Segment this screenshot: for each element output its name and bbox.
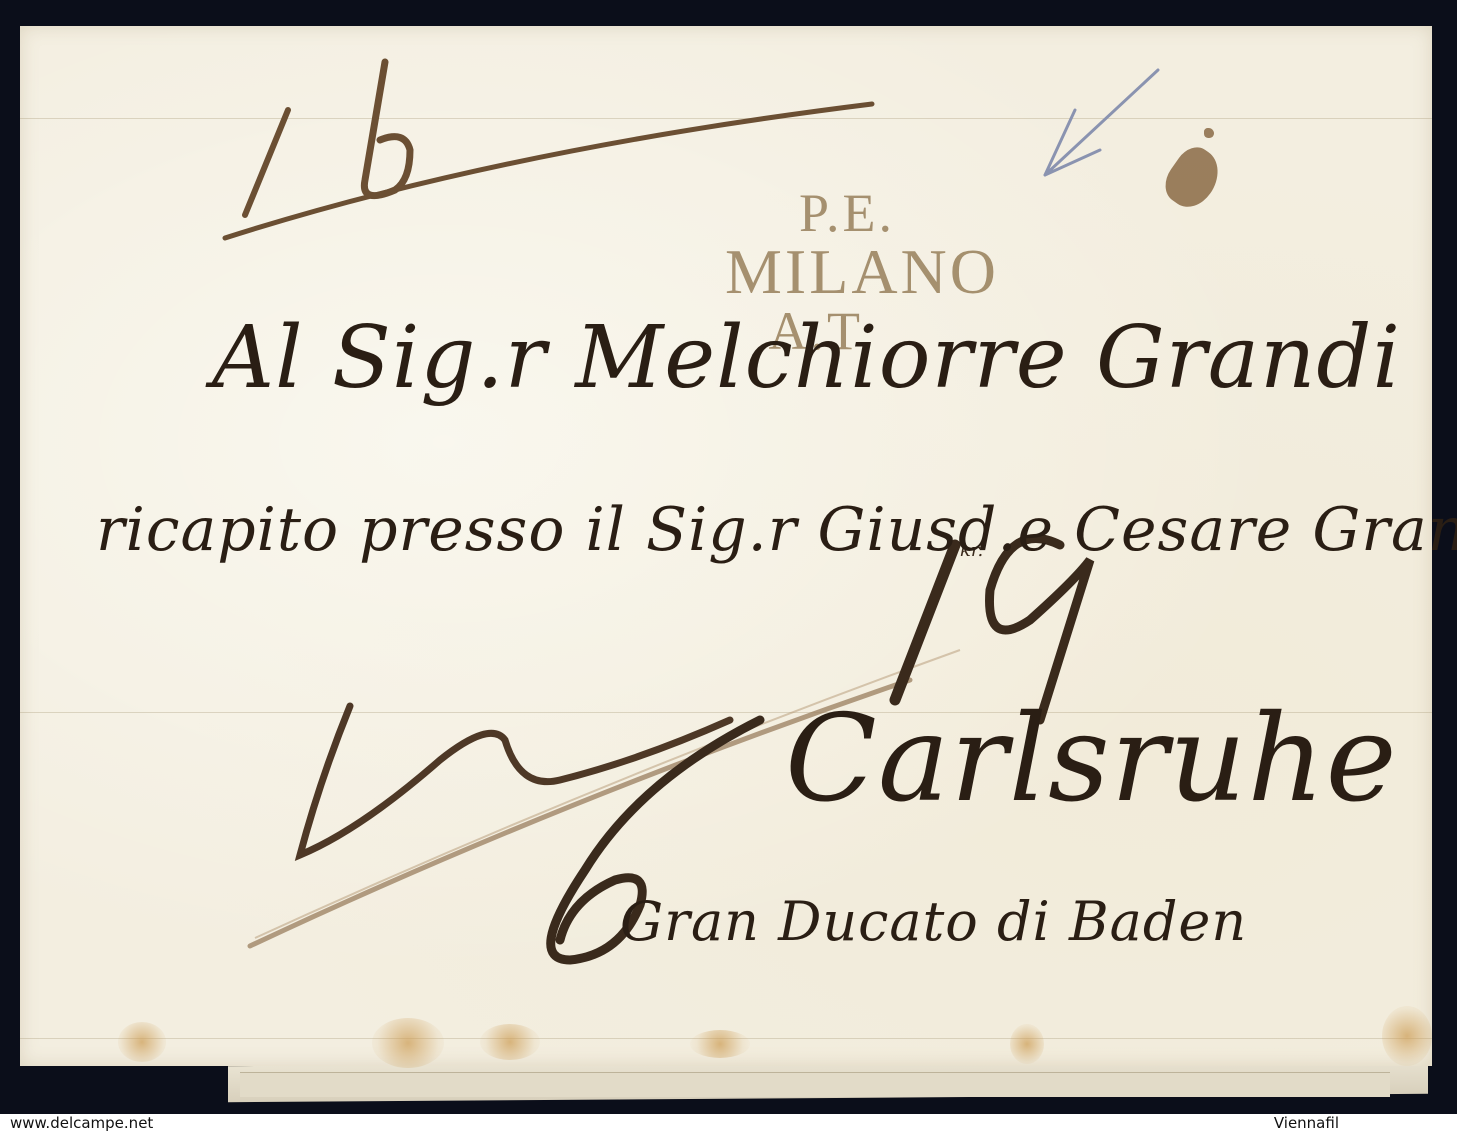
letter-photograph: P.E. MILANO A.T. kr. Al Sig.r Melchiorre… bbox=[0, 0, 1457, 1114]
address-line-1: Al Sig.r Melchiorre Grandi bbox=[212, 308, 1401, 408]
watermark-left: www.delcampe.net bbox=[10, 1114, 153, 1131]
address-city: Carlsruhe bbox=[785, 690, 1398, 829]
address-region: Gran Ducato di Baden bbox=[620, 890, 1247, 953]
watermark-right: Viennafil bbox=[1274, 1114, 1339, 1131]
address-line-2: ricapito presso il Sig.r Giusd.e Cesare … bbox=[96, 495, 1457, 565]
